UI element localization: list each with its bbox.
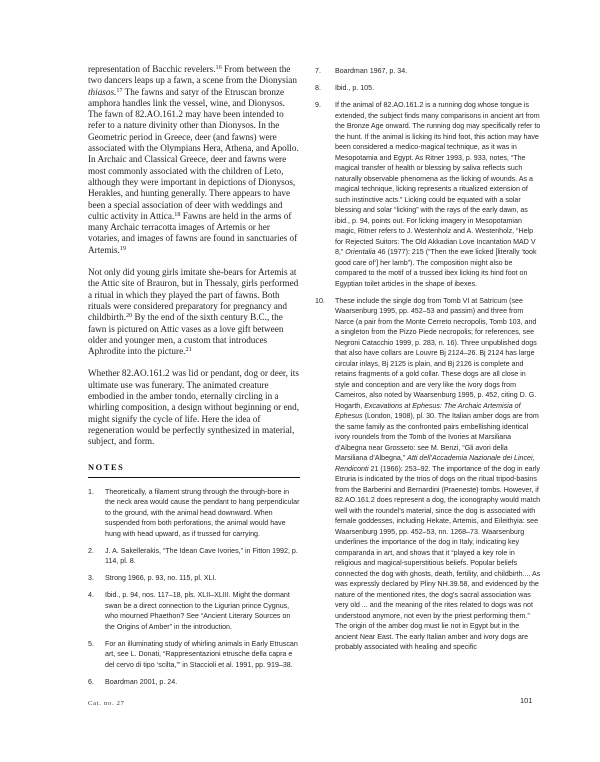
text-segment: Boardman 2001, p. 24. bbox=[105, 678, 177, 686]
note-item: 4.Ibid., p. 94, nos. 117–18, pls. XLII–X… bbox=[88, 590, 300, 632]
note-text: Boardman 2001, p. 24. bbox=[105, 677, 300, 688]
notes-section: NOTES 1.Theoretically, a filament strung… bbox=[88, 463, 300, 688]
note-text: These include the single dog from Tomb V… bbox=[335, 296, 541, 653]
note-number: 7. bbox=[315, 66, 335, 77]
text-segment: J. A. Sakellerakis, “The Idean Cave Ivor… bbox=[105, 547, 298, 566]
notes-list-right: 7.Boardman 1967, p. 34.8.Ibid., p. 105.9… bbox=[315, 66, 541, 653]
note-text: Boardman 1967, p. 34. bbox=[335, 66, 541, 77]
note-number: 1. bbox=[88, 487, 105, 540]
notes-rule bbox=[88, 477, 300, 478]
note-number: 2. bbox=[88, 546, 105, 567]
note-number: 6. bbox=[88, 677, 105, 688]
footnote-ref: 17 bbox=[116, 87, 122, 94]
notes-list-left: 1.Theoretically, a filament strung throu… bbox=[88, 487, 300, 688]
text-segment: Whether 82.AO.161.2 was lid or pendant, … bbox=[88, 368, 299, 446]
main-text-column: representation of Bacchic revelers.16 Fr… bbox=[88, 64, 300, 694]
text-segment: 21 (1966): 253–92. The importance of the… bbox=[335, 465, 540, 652]
body-paragraph: Whether 82.AO.161.2 was lid or pendant, … bbox=[88, 368, 300, 447]
footer-catalog-ref: Cat. no. 27 bbox=[88, 700, 125, 707]
notes-column-right: 7.Boardman 1967, p. 34.8.Ibid., p. 105.9… bbox=[315, 66, 541, 659]
note-item: 5.For an illuminating study of whirling … bbox=[88, 639, 300, 671]
note-item: 7.Boardman 1967, p. 34. bbox=[315, 66, 541, 77]
text-segment: Ibid., p. 94, nos. 117–18, pls. XLII–XLI… bbox=[105, 591, 290, 631]
text-segment: Orientalia bbox=[345, 248, 375, 256]
note-item: 10.These include the single dog from Tom… bbox=[315, 296, 541, 653]
note-item: 1.Theoretically, a filament strung throu… bbox=[88, 487, 300, 540]
text-segment: These include the single dog from Tomb V… bbox=[335, 297, 537, 410]
notes-heading: NOTES bbox=[88, 463, 300, 472]
note-text: For an illuminating study of whirling an… bbox=[105, 639, 300, 671]
footnote-ref: 18 bbox=[174, 211, 180, 218]
footnote-ref: 21 bbox=[185, 346, 191, 353]
text-segment: If the animal of 82.AO.161.2 is a runnin… bbox=[335, 101, 540, 256]
note-text: J. A. Sakellerakis, “The Idean Cave Ivor… bbox=[105, 546, 300, 567]
catalog-page: representation of Bacchic revelers.16 Fr… bbox=[0, 0, 600, 762]
text-segment: Ibid., p. 105. bbox=[335, 84, 374, 92]
note-text: Strong 1966, p. 93, no. 115, pl. XLI. bbox=[105, 573, 300, 584]
note-text: If the animal of 82.AO.161.2 is a runnin… bbox=[335, 100, 541, 289]
note-number: 5. bbox=[88, 639, 105, 671]
text-segment: For an illuminating study of whirling an… bbox=[105, 640, 298, 669]
note-item: 9.If the animal of 82.AO.161.2 is a runn… bbox=[315, 100, 541, 289]
text-segment: Theoretically, a filament strung through… bbox=[105, 488, 299, 538]
note-item: 8.Ibid., p. 105. bbox=[315, 83, 541, 94]
text-segment: thiasos. bbox=[88, 87, 116, 97]
text-segment: Boardman 1967, p. 34. bbox=[335, 67, 407, 75]
note-number: 9. bbox=[315, 100, 335, 289]
note-text: Ibid., p. 94, nos. 117–18, pls. XLII–XLI… bbox=[105, 590, 300, 632]
body-paragraph: Not only did young girls imitate she-bea… bbox=[88, 267, 300, 357]
note-number: 4. bbox=[88, 590, 105, 632]
note-number: 3. bbox=[88, 573, 105, 584]
text-segment: representation of Bacchic revelers. bbox=[88, 64, 216, 74]
note-number: 10. bbox=[315, 296, 335, 653]
footnote-ref: 20 bbox=[126, 312, 132, 319]
page-number: 101 bbox=[520, 696, 532, 705]
note-text: Ibid., p. 105. bbox=[335, 83, 541, 94]
note-item: 6.Boardman 2001, p. 24. bbox=[88, 677, 300, 688]
footnote-ref: 16 bbox=[216, 64, 222, 71]
text-segment: Strong 1966, p. 93, no. 115, pl. XLI. bbox=[105, 574, 216, 582]
note-item: 2.J. A. Sakellerakis, “The Idean Cave Iv… bbox=[88, 546, 300, 567]
body-paragraph: representation of Bacchic revelers.16 Fr… bbox=[88, 64, 300, 256]
footnote-ref: 19 bbox=[120, 245, 126, 252]
note-text: Theoretically, a filament strung through… bbox=[105, 487, 300, 540]
note-number: 8. bbox=[315, 83, 335, 94]
text-segment: The fawns and satyr of the Etruscan bron… bbox=[88, 87, 299, 221]
note-item: 3.Strong 1966, p. 93, no. 115, pl. XLI. bbox=[88, 573, 300, 584]
